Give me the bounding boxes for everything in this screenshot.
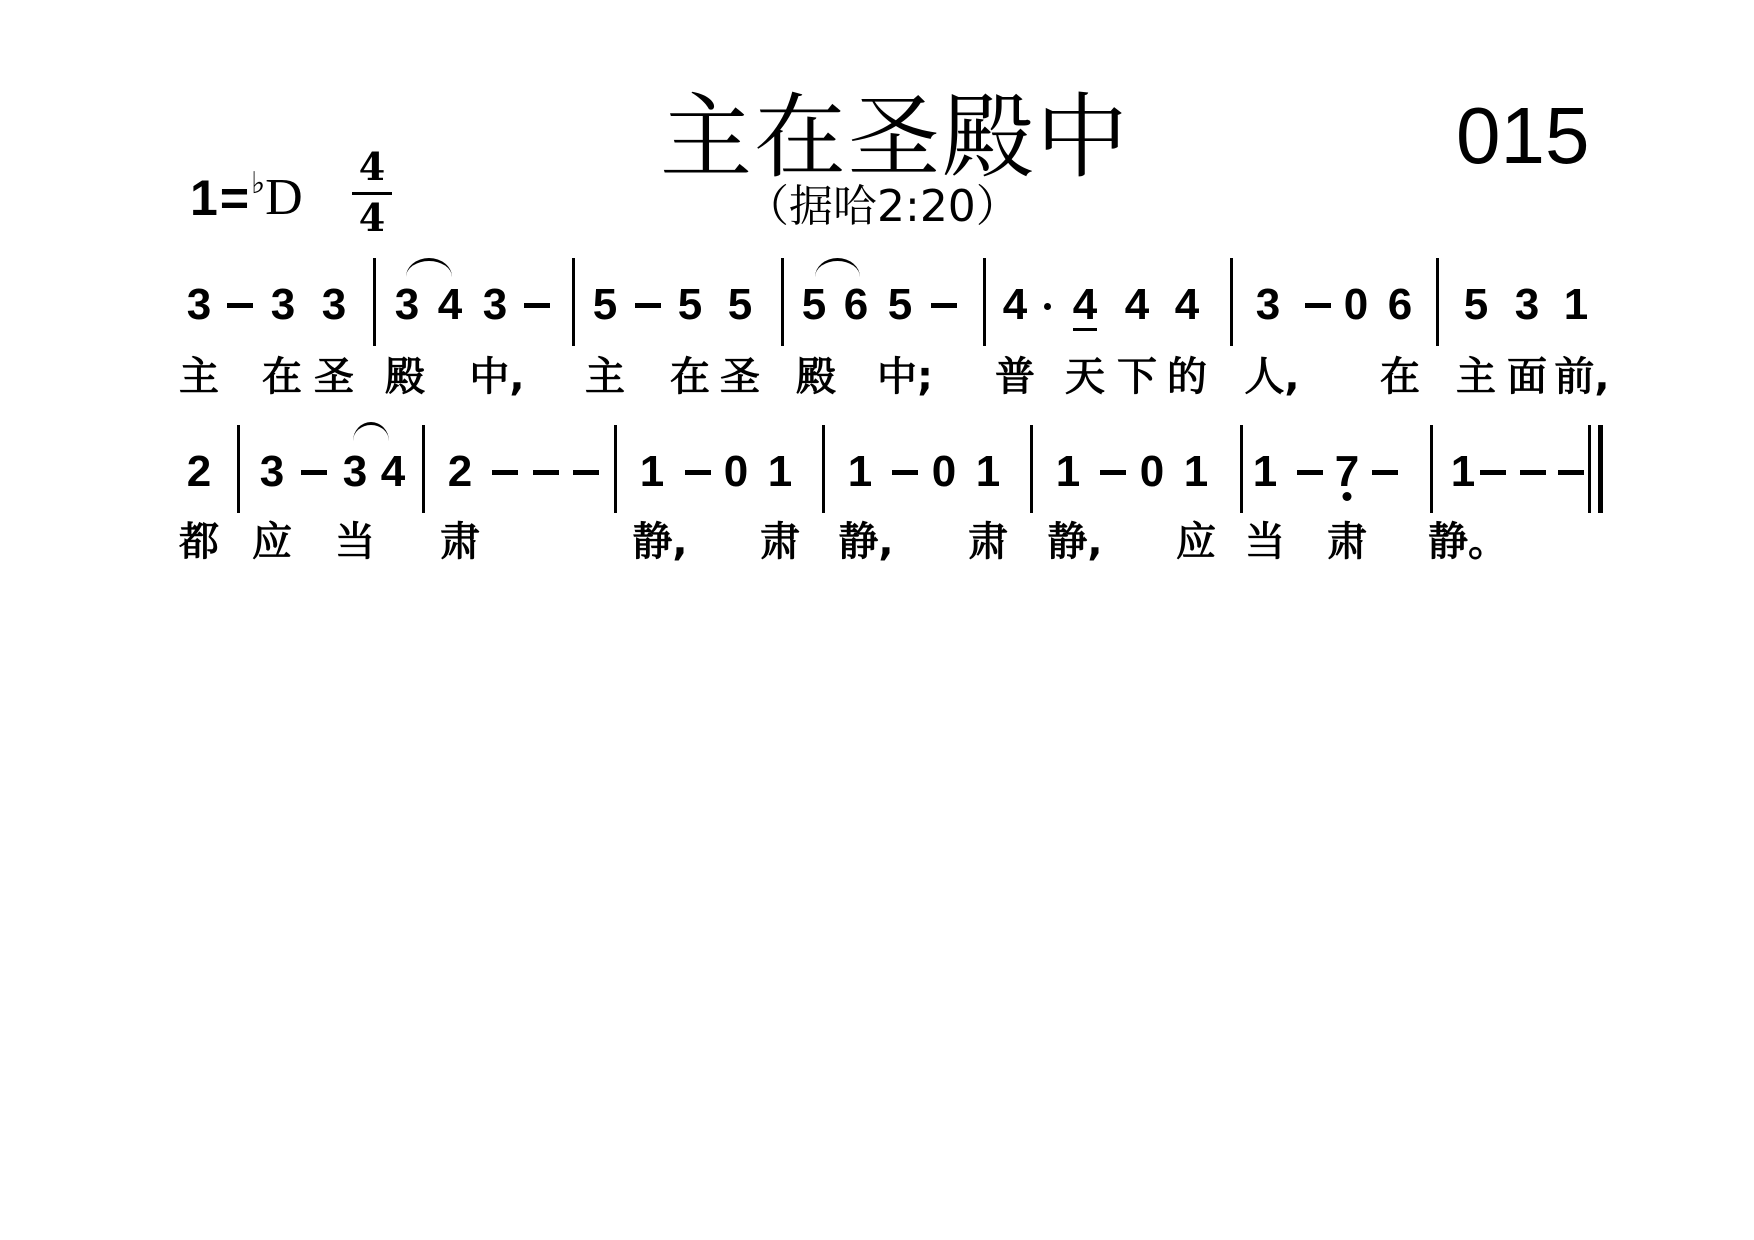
lyric-syllable: 应 bbox=[1176, 522, 1216, 562]
note: 4 bbox=[1175, 283, 1199, 327]
sustain-dash bbox=[533, 470, 559, 475]
lyric-syllable: 肃 bbox=[1327, 522, 1367, 562]
note: 5 bbox=[802, 283, 826, 327]
hymn-title: 主在圣殿中 bbox=[660, 92, 1130, 184]
note: 5 bbox=[678, 283, 702, 327]
lyric-syllable: 圣 bbox=[314, 357, 354, 397]
sustain-dash bbox=[1520, 470, 1546, 475]
note: 1 bbox=[1056, 450, 1080, 494]
key-do: 1 bbox=[190, 173, 218, 223]
sustain-dash bbox=[573, 470, 599, 475]
bar-line bbox=[822, 425, 825, 513]
time-denominator: 4 bbox=[352, 199, 392, 241]
note: 6 bbox=[844, 283, 868, 327]
key-letter: D bbox=[265, 172, 303, 224]
bar-line bbox=[572, 258, 575, 346]
note: 3 bbox=[260, 450, 284, 494]
sustain-dash bbox=[1480, 470, 1506, 475]
lyric-syllable: 中; bbox=[877, 357, 933, 397]
note: 1 bbox=[1564, 283, 1588, 327]
sustain-dash bbox=[931, 303, 957, 308]
time-numerator: 4 bbox=[352, 148, 392, 190]
bar-line bbox=[781, 258, 784, 346]
lyric-syllable: 静, bbox=[632, 522, 687, 562]
sustain-dash bbox=[227, 303, 253, 308]
lyric-syllable: 当 bbox=[1245, 522, 1285, 562]
lyric-syllable: 主 bbox=[179, 357, 219, 397]
note: 1 bbox=[1253, 450, 1277, 494]
note: 3 bbox=[343, 450, 367, 494]
key-signature: 1 = ♭ D bbox=[190, 172, 303, 224]
note: 3 bbox=[187, 283, 211, 327]
sustain-dash bbox=[685, 470, 711, 475]
sustain-dash bbox=[301, 470, 327, 475]
note: 1 bbox=[640, 450, 664, 494]
lyric-syllable: 天 bbox=[1065, 357, 1105, 397]
note: 3 bbox=[1256, 283, 1280, 327]
sustain-dash bbox=[524, 303, 550, 308]
lyric-syllable: 主 bbox=[585, 357, 625, 397]
bar-line bbox=[1436, 258, 1439, 346]
hymn-number: 015 bbox=[1456, 96, 1589, 176]
lyric-syllable: 在 bbox=[670, 357, 710, 397]
bar-line bbox=[237, 425, 240, 513]
lyric-syllable: 主 bbox=[1456, 357, 1496, 397]
note: 4 bbox=[381, 450, 405, 494]
sustain-dash bbox=[1372, 470, 1398, 475]
note: 4 bbox=[1073, 283, 1097, 327]
bar-line bbox=[614, 425, 617, 513]
lyric-syllable: 应 bbox=[252, 522, 292, 562]
bar-line bbox=[1240, 425, 1243, 513]
lyric-syllable: 普 bbox=[995, 357, 1035, 397]
note: 1 bbox=[1451, 450, 1475, 494]
note: 4 bbox=[438, 283, 462, 327]
bar-line bbox=[1230, 258, 1233, 346]
final-bar-line-thick bbox=[1598, 425, 1603, 513]
note: 4 bbox=[1003, 283, 1027, 327]
lyric-syllable: 殿 bbox=[385, 357, 425, 397]
note: 0 bbox=[932, 450, 956, 494]
final-bar-line-thin bbox=[1588, 425, 1591, 513]
lyric-syllable: 静, bbox=[838, 522, 893, 562]
lyric-syllable: 肃 bbox=[440, 522, 480, 562]
bar-line bbox=[1030, 425, 1033, 513]
note: 5 bbox=[1464, 283, 1488, 327]
note: 6 bbox=[1388, 283, 1412, 327]
note: 4 bbox=[1125, 283, 1149, 327]
sustain-dash bbox=[635, 303, 661, 308]
lyric-syllable: 圣 bbox=[720, 357, 760, 397]
time-signature: 4 4 bbox=[352, 148, 392, 241]
slur-icon bbox=[406, 258, 452, 277]
bar-line bbox=[422, 425, 425, 513]
note: 5 bbox=[888, 283, 912, 327]
lyric-syllable: 中, bbox=[469, 357, 524, 397]
eighth-note-underline bbox=[1073, 328, 1097, 331]
sustain-dash bbox=[492, 470, 518, 475]
sustain-dash bbox=[1305, 303, 1331, 308]
lyric-syllable: 面 bbox=[1507, 357, 1547, 397]
lyric-syllable: 都 bbox=[179, 522, 219, 562]
lyric-syllable: 殿 bbox=[796, 357, 836, 397]
note: 3 bbox=[1515, 283, 1539, 327]
note: 1 bbox=[848, 450, 872, 494]
note: 2 bbox=[448, 450, 472, 494]
note: 2 bbox=[187, 450, 211, 494]
lyric-syllable: 人, bbox=[1244, 357, 1299, 397]
slur-icon bbox=[815, 258, 860, 277]
lyric-syllable: 肃 bbox=[968, 522, 1008, 562]
sustain-dash bbox=[1297, 470, 1323, 475]
scripture-reference: （据哈2:20） bbox=[745, 185, 1020, 229]
note: 5 bbox=[728, 283, 752, 327]
bar-line bbox=[373, 258, 376, 346]
lyric-syllable: 下 bbox=[1117, 357, 1157, 397]
note: 3 bbox=[271, 283, 295, 327]
bar-line bbox=[983, 258, 986, 346]
lyric-syllable: 当 bbox=[335, 522, 375, 562]
lower-octave-dot-icon bbox=[1343, 492, 1352, 501]
note: 1 bbox=[1184, 450, 1208, 494]
note: 5 bbox=[593, 283, 617, 327]
lyric-syllable: 静。 bbox=[1428, 522, 1508, 562]
note: 7 bbox=[1335, 450, 1359, 494]
note: 0 bbox=[1140, 450, 1164, 494]
flat-icon: ♭ bbox=[251, 169, 265, 199]
lyric-syllable: 在 bbox=[1380, 357, 1420, 397]
augmentation-dot-icon bbox=[1044, 303, 1051, 310]
lyric-syllable: 前, bbox=[1554, 357, 1609, 397]
sustain-dash bbox=[892, 470, 918, 475]
lyric-syllable: 在 bbox=[262, 357, 302, 397]
note: 1 bbox=[976, 450, 1000, 494]
sustain-dash bbox=[1100, 470, 1126, 475]
key-equals: = bbox=[220, 173, 249, 223]
bar-line bbox=[1430, 425, 1433, 513]
note: 3 bbox=[395, 283, 419, 327]
note: 3 bbox=[322, 283, 346, 327]
note: 1 bbox=[768, 450, 792, 494]
lyric-syllable: 的 bbox=[1167, 357, 1207, 397]
note: 0 bbox=[724, 450, 748, 494]
lyric-syllable: 肃 bbox=[760, 522, 800, 562]
lyric-syllable: 静, bbox=[1047, 522, 1102, 562]
sustain-dash bbox=[1558, 470, 1584, 475]
note: 3 bbox=[483, 283, 507, 327]
slur-icon bbox=[353, 422, 389, 441]
note: 0 bbox=[1344, 283, 1368, 327]
